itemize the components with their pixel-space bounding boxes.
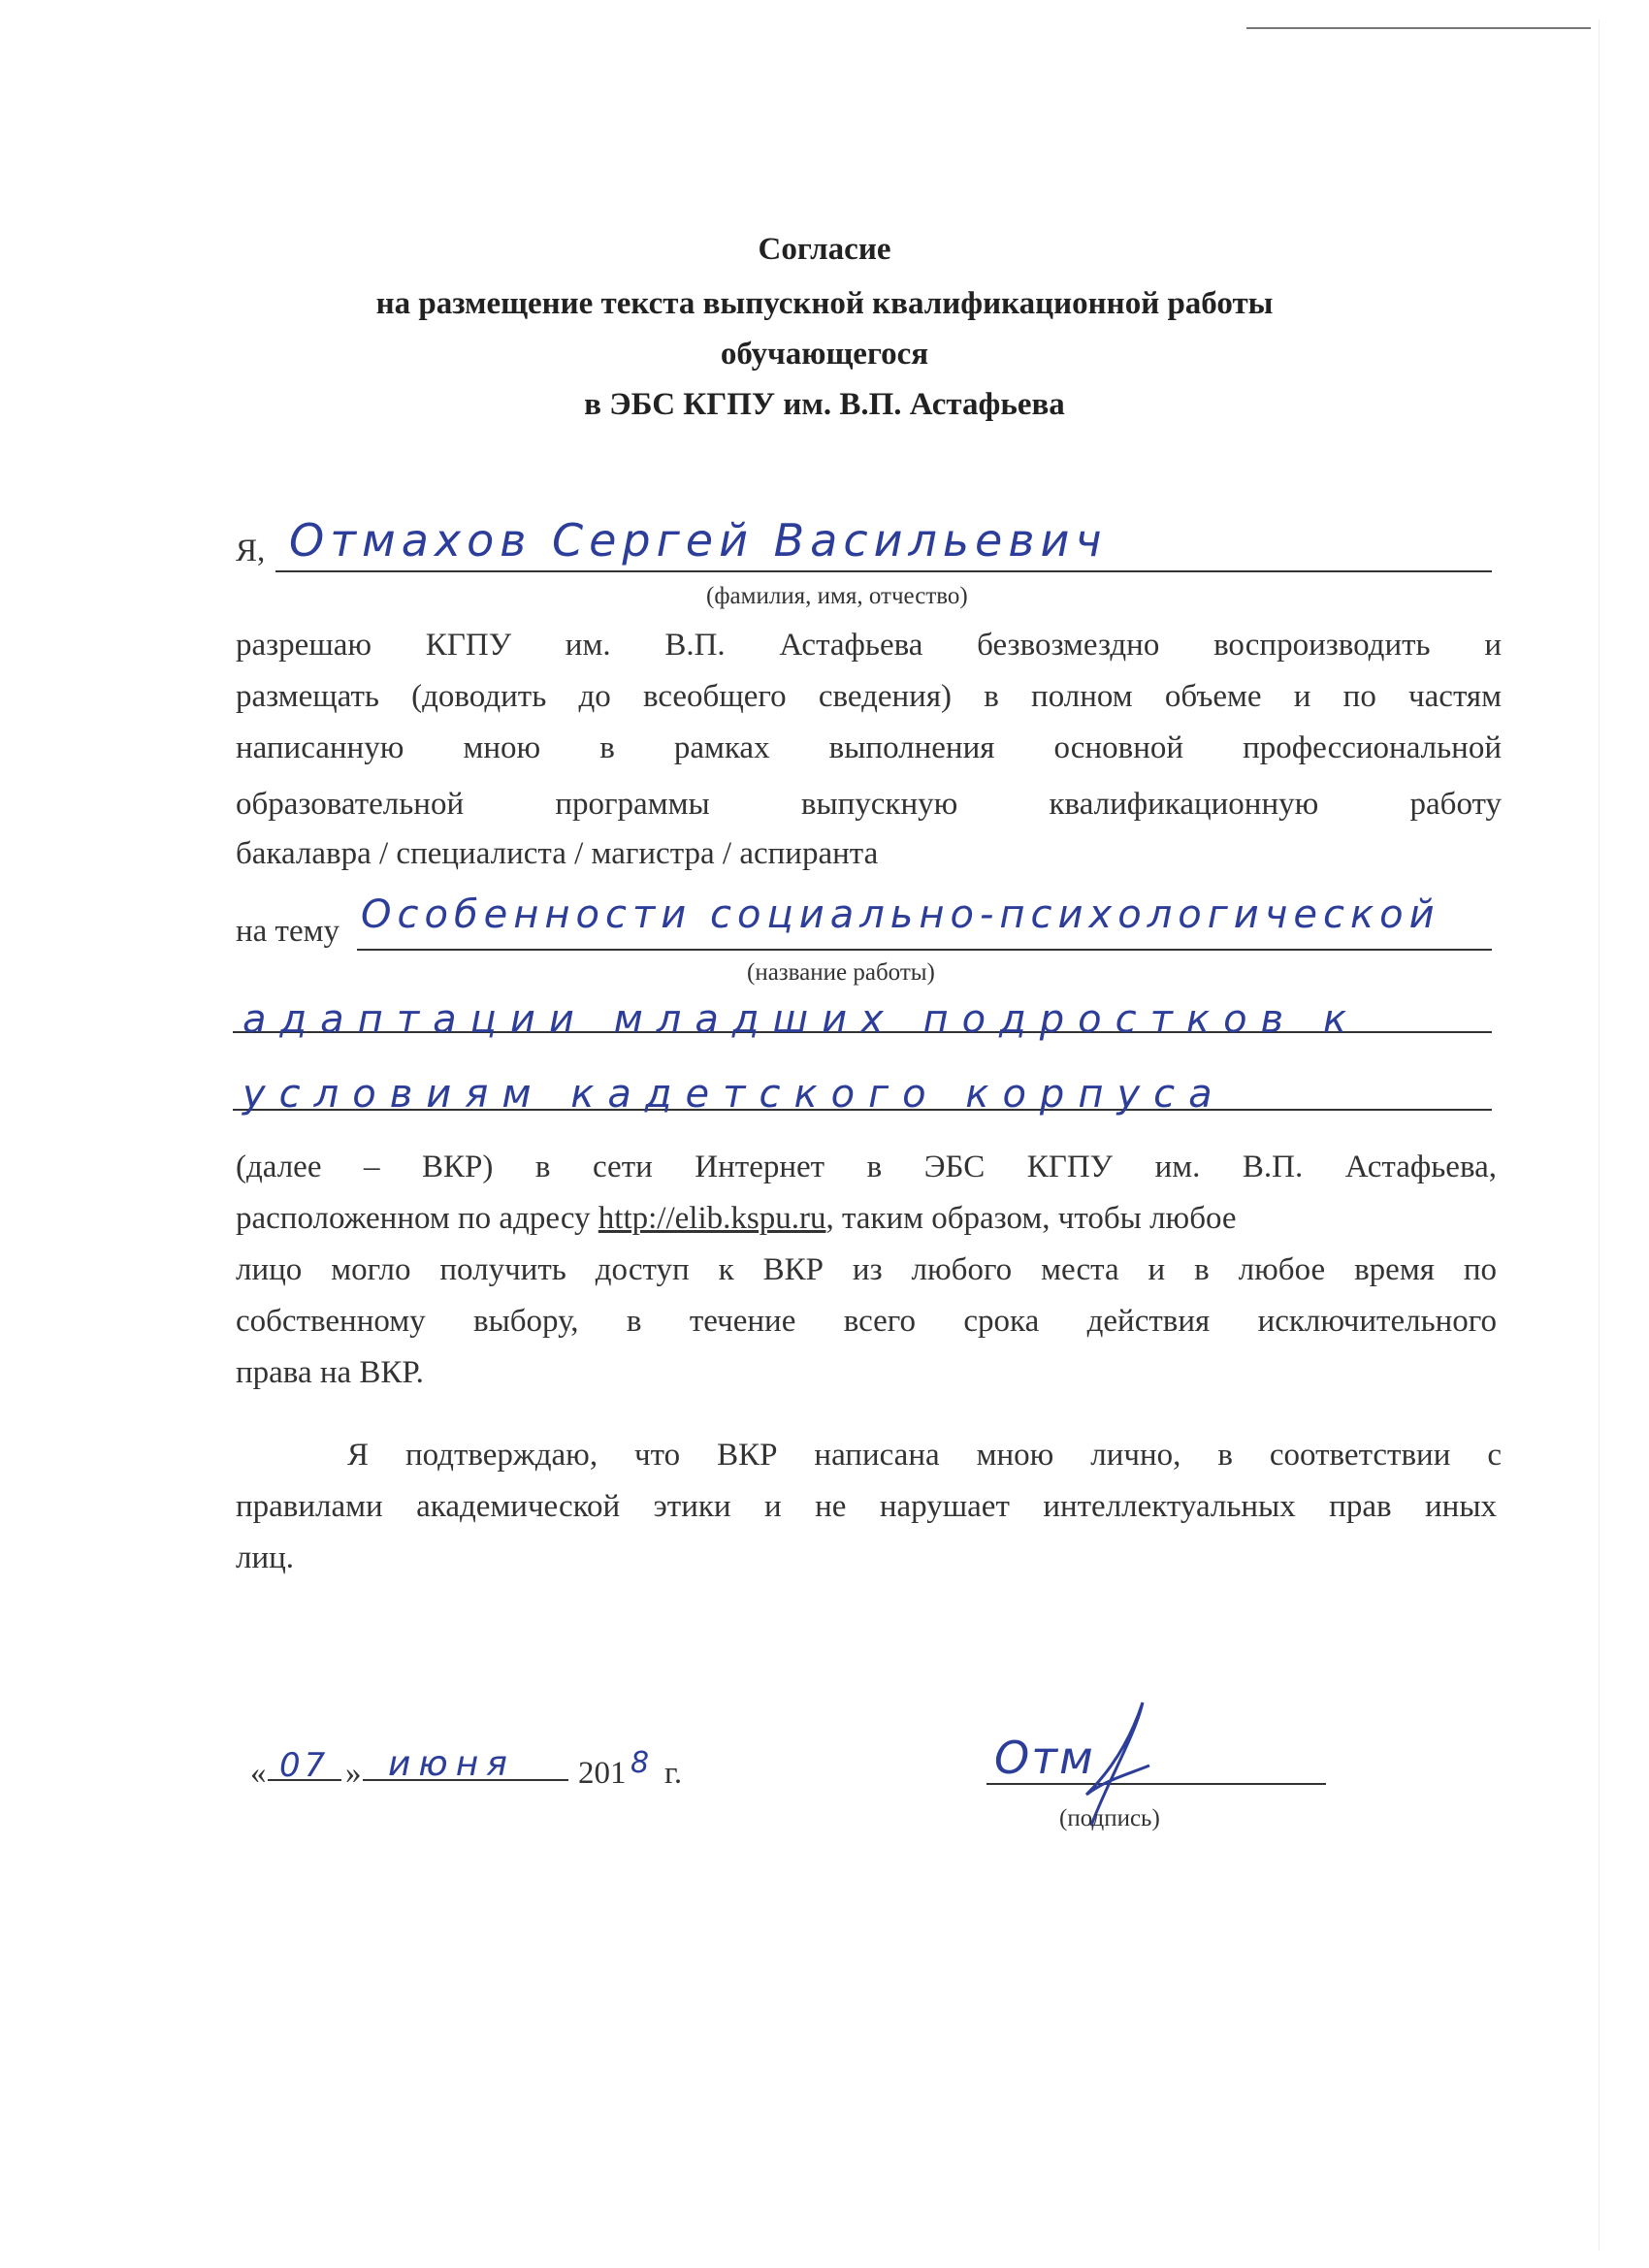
placement-line-3: лицо могло получить доступ к ВКР из любо… [236,1250,1497,1289]
permission-line-1: разрешаю КГПУ им. В.П. Астафьева безвозм… [236,626,1502,664]
date-day-handwritten[interactable]: 07 [279,1746,329,1785]
elib-url-link[interactable]: http://elib.kspu.ru [598,1201,826,1236]
topic-handwritten-line-3[interactable]: условиям кадетского корпуса [242,1072,1226,1117]
consent-form-page: Согласие на размещение текста выпускной … [0,0,1649,2268]
confirmation-line-3: лиц. [236,1539,1502,1577]
date-year-printed: 201 [578,1754,627,1793]
date-close-quote: » [345,1754,362,1793]
placement-line-2: расположенном по адресу http://elib.kspu… [236,1199,1502,1238]
confirmation-line-2: правилами академической этики и не наруш… [236,1487,1497,1526]
topic-field-line-1 [357,949,1492,951]
date-year-suffix: г. [664,1754,682,1793]
name-prefix: Я, [236,532,265,570]
topic-caption: (название работы) [747,958,935,988]
placement-line-2-end: , таким образом, чтобы любое [825,1201,1236,1236]
topic-handwritten-line-2[interactable]: адаптации младших подростков к [242,997,1360,1042]
date-year-handwritten-digit[interactable]: 8 [630,1746,649,1780]
name-caption: (фамилия, имя, отчество) [706,582,968,611]
document-heading: Согласие на размещение текста выпускной … [0,228,1649,426]
placement-line-2-start: расположенном по адресу [236,1201,598,1236]
scan-top-rule [1246,27,1591,29]
heading-title: Согласие [0,228,1649,271]
placement-line-1: (далее – ВКР) в сети Интернет в ЭБС КГПУ… [236,1148,1497,1186]
date-month-handwritten[interactable]: июня [388,1744,515,1784]
name-handwritten[interactable]: Отмахов Сергей Васильевич [289,514,1108,567]
topic-prefix: на тему [236,912,339,951]
date-open-quote: « [250,1754,267,1793]
placement-line-5: права на ВКР. [236,1353,1502,1392]
permission-line-4: образовательной программы выпускную квал… [236,785,1502,824]
name-field-line [275,570,1492,572]
confirmation-line-1: Я подтверждаю, что ВКР написана мною лич… [236,1436,1502,1474]
permission-line-3: написанную мною в рамках выполнения осно… [236,729,1502,767]
heading-line-2: на размещение текста выпускной квалифика… [0,282,1649,325]
heading-line-4: в ЭБС КГПУ им. В.П. Астафьева [0,383,1649,426]
signature-caption: (подпись) [1059,1804,1160,1833]
topic-handwritten-line-1[interactable]: Особенности социально-психологической [361,892,1440,937]
heading-line-3: обучающегося [0,333,1649,375]
permission-line-2: размещать (доводить до всеобщего сведени… [236,677,1502,716]
permission-line-5: бакалавра / специалиста / магистра / асп… [236,834,1502,873]
placement-line-4: собственному выбору, в течение всего сро… [236,1302,1497,1341]
